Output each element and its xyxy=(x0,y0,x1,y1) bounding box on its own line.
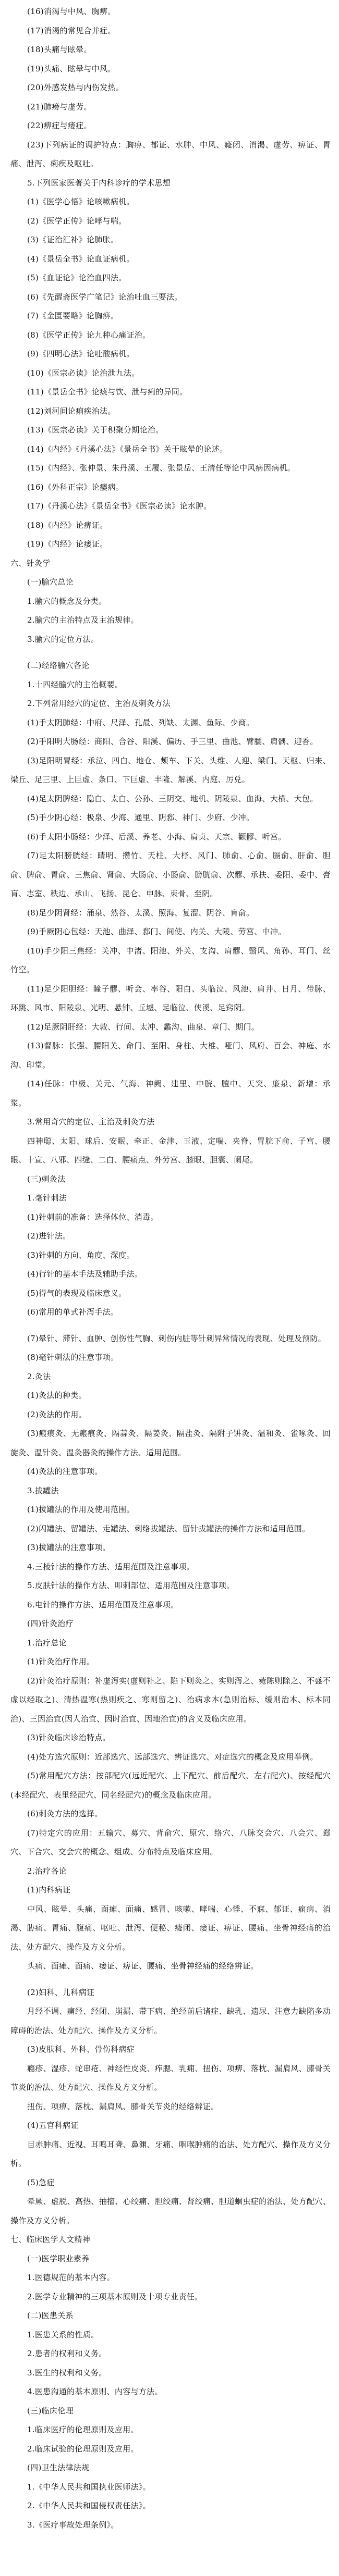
outline-item: (13)《医宗必读》关于积聚分期论治。 xyxy=(10,420,331,440)
outline-item: (14)任脉：中极、关元、气海、神阙、建里、中脘、膻中、天突、廉泉、新增：承浆。 xyxy=(10,1074,331,1112)
outline-item: 5.皮肤针法的操作方法、叩刺部位、适用范围及注意事项。 xyxy=(10,1576,331,1595)
subsection-heading: (二)医患关系 xyxy=(10,2306,331,2325)
outline-item: (4)足太阴脾经：隐白、太白、公孙、三阴交、地机、阴陵泉、血海、大横、大包。 xyxy=(10,789,331,809)
outline-item: (16)消渴与中风、胸痹。 xyxy=(10,2,331,21)
outline-item: (2)闪罐法、留罐法、走罐法、刺络拔罐法、留针拔罐法的操作方法和适用范围。 xyxy=(10,1519,331,1539)
outline-item: 3.常用奇穴的定位、主治及刺灸方法 xyxy=(10,1112,331,1132)
outline-item: (1)手太阴肺经：中府、尺泽、孔最、列缺、太渊、鱼际、少商。 xyxy=(10,713,331,733)
outline-item: (5)急症 xyxy=(10,2173,331,2193)
outline-item: 2.下列常用经穴的定位、主治及刺灸方法 xyxy=(10,694,331,713)
outline-item: (3)《证治汇补》论肺胀。 xyxy=(10,230,331,250)
outline-item: 月经不调、痛经、经闭、崩漏、带下病、绝经前后诸症、缺乳、遗尿、注意力缺陷多动障碍… xyxy=(10,2002,331,2040)
outline-item: (14)《内经》《丹溪心法》《景岳全书》关于眩晕的论述。 xyxy=(10,440,331,459)
outline-item: (5)手少阴心经：极泉、少海、通里、阴郄、神门、少府、少冲。 xyxy=(10,808,331,827)
outline-item: (17)《丹溪心法》《景岳全书》《医宗必读》论水肿。 xyxy=(10,497,331,516)
outline-item: 2.《中华人民共和国侵权责任法》。 xyxy=(10,2496,331,2516)
outline-item: (23)下列病证的调护特点：胸痹、郁证、水肿、中风、癃闭、消渴、虚劳、痹证、胃痛… xyxy=(10,135,331,174)
outline-item: 瘾疹、湿疹、蛇串疮、神经性皮炎、痄腮、乳痈、扭伤、项痹、落枕、漏肩风、膝骨关节炎… xyxy=(10,2059,331,2097)
outline-item: (1)内科病证 xyxy=(10,1880,331,1900)
outline-item: (20)外感发热与内伤发热。 xyxy=(10,78,331,97)
outline-item: (1)针刺前的准备：选择体位、消毒。 xyxy=(10,1208,331,1227)
outline-item: (21)肺痨与虚劳。 xyxy=(10,97,331,117)
outline-item: (11)《景岳全书》论痰与饮、泄与痢的异同。 xyxy=(10,382,331,402)
outline-item: 1.临床医疗的伦理原则及应用。 xyxy=(10,2420,331,2439)
outline-item: (3)拔罐法的注意事项。 xyxy=(10,1538,331,1557)
outline-item: (15)《内经》、张仲景、朱丹溪、王履、张景岳、王清任等论中风病因病机。 xyxy=(10,459,331,478)
outline-item: 1.十四经腧穴的主治概要。 xyxy=(10,675,331,695)
subsection-heading: (四)针灸治疗 xyxy=(10,1614,331,1633)
outline-item: (22)痹症与痿症。 xyxy=(10,116,331,135)
outline-item: (4)灸法的注意事项。 xyxy=(10,1462,331,1481)
outline-item: 3.拔罐法 xyxy=(10,1481,331,1501)
outline-item: 1.毫针刺法 xyxy=(10,1188,331,1208)
outline-item: (2)针灸治疗原则：补虚泻实(虚则补之、陷下则灸之、实则泻之、菀陈则除之、不盛不… xyxy=(10,1671,331,1729)
document-page: (16)消渴与中风、胸痹。(17)消渴的常见合并症。(18)头痛与眩晕。(19)… xyxy=(0,0,339,2576)
outline-item: 1.医患关系的性质。 xyxy=(10,2325,331,2345)
outline-item: (4)处方选穴原则：近部选穴、远部选穴、辨证选穴、对症选穴的概念及应用举例。 xyxy=(10,1748,331,1767)
outline-item: (1)针灸治疗作用。 xyxy=(10,1652,331,1671)
outline-item: (7)特定穴的应用：五输穴、募穴、背俞穴、原穴、络穴、八脉交会穴、八会穴、郄穴、… xyxy=(10,1824,331,1862)
subsection-heading: 5.下列医家医著关于内科诊疗的学术思想 xyxy=(10,174,331,193)
outline-item: (2)手阳明大肠经：商阳、合谷、阳溪、偏历、手三里、曲池、臂臑、肩髃、迎香。 xyxy=(10,732,331,751)
outline-item: (4)《景岳全书》论血证病机。 xyxy=(10,250,331,269)
outline-item: (2)《医学正传》论哮与喘。 xyxy=(10,212,331,231)
subsection-heading: (二)经络腧穴各论 xyxy=(10,656,331,675)
outline-item: 3.《医疗事故处理条例》。 xyxy=(10,2516,331,2535)
subsection-heading: (三)临床伦理 xyxy=(10,2401,331,2421)
outline-item: (18)《内经》论痹证。 xyxy=(10,516,331,535)
outline-item: 1.《中华人民共和国执业医师法》。 xyxy=(10,2478,331,2497)
outline-item: 2.灸法 xyxy=(10,1367,331,1386)
outline-item: (6)常用的单式补泻手法。 xyxy=(10,1303,331,1322)
outline-item: (5)常用配穴方法：按部配穴(远近配穴、上下配穴、前后配穴、左右配穴)、按经配穴… xyxy=(10,1766,331,1804)
outline-item: (7)足太阳膀胱经：睛明、攒竹、天柱、大杼、风门、肺俞、心俞、膈俞、肝俞、胆俞、… xyxy=(10,846,331,903)
outline-item: (9)《四明心法》论吐酸病机。 xyxy=(10,344,331,364)
outline-item: 4.医患沟通的基本原则、内容与方法。 xyxy=(10,2382,331,2401)
outline-item: 目赤肿痛、近视、耳鸣耳聋、鼻渊、牙痛、咽喉肿痛的治法、处方配穴、操作及方义分析。 xyxy=(10,2135,331,2173)
outline-item: (19)头痛、眩晕与中风。 xyxy=(10,59,331,79)
outline-item: 6.电针的操作方法、适用范围及注意事项。 xyxy=(10,1595,331,1615)
outline-item: (2)灸法的作用。 xyxy=(10,1405,331,1425)
outline-item: (5)得气的表现及临床意义。 xyxy=(10,1284,331,1303)
outline-item: (10)手少阳三焦经：关冲、中渚、阳池、外关、支沟、肩髎、翳风、角孙、耳门、丝竹… xyxy=(10,942,331,980)
outline-item: (1)灸法的种类。 xyxy=(10,1386,331,1405)
outline-item: (6)刺灸方法的选择。 xyxy=(10,1804,331,1824)
outline-item: 3.医生的权利和义务。 xyxy=(10,2363,331,2383)
outline-item: 3.腧穴的定位方法。 xyxy=(10,630,331,649)
outline-item: (3)针灸临床诊治特点。 xyxy=(10,1728,331,1748)
outline-item: 头痛、面瘫、面痛、痿证、痹证、腰痛、坐骨神经痛的经络辨证。 xyxy=(10,1956,331,1976)
outline-item: (1)《医学心悟》论咳嗽病机。 xyxy=(10,192,331,212)
outline-item: 2.腧穴的主治特点及主治规律。 xyxy=(10,611,331,630)
subsection-heading: (一)医学职业素养 xyxy=(10,2249,331,2269)
outline-item: (6)手太阳小肠经：少泽、后溪、养老、小海、肩贞、天宗、颧髎、听宫。 xyxy=(10,827,331,847)
outline-item: (7)《金匮要略》论胸痹。 xyxy=(10,306,331,326)
outline-item: 1.腧穴的概念及分类。 xyxy=(10,592,331,611)
outline-item: (3)瘢痕灸、无瘢痕灸、隔蒜灸、隔姜灸、隔盐灸、隔附子饼灸、温和灸、雀啄灸、回旋… xyxy=(10,1424,331,1462)
outline-item: (13)督脉：长强、腰阳关、命门、至阳、身柱、大椎、哑门、风府、百会、神庭、水沟… xyxy=(10,1036,331,1074)
outline-item: (8)足少阴肾经：涌泉、然谷、太溪、照海、复溜、阴谷、肓俞。 xyxy=(10,903,331,923)
outline-item: 扭伤、项痹、落枕、漏肩风、膝骨关节炎的经络辨证。 xyxy=(10,2097,331,2116)
outline-item: (11)足少阳胆经：瞳子髎、听会、率谷、阳白、头临泣、风池、肩井、日月、带脉、环… xyxy=(10,980,331,1018)
outline-item: (18)头痛与眩晕。 xyxy=(10,40,331,59)
outline-item: (9)手厥阴心包经：天池、曲泽、郄门、间使、内关、大陵、劳宫、中冲。 xyxy=(10,922,331,942)
outline-item: 2.治疗各论 xyxy=(10,1862,331,1881)
section-heading: 六、针灸学 xyxy=(10,554,331,573)
outline-item: 4.三棱针法的操作方法、适用范围及注意事项。 xyxy=(10,1557,331,1577)
outline-item: (8)《医学正传》论九种心痛证治。 xyxy=(10,326,331,345)
outline-item: 2.患者的权利和义务。 xyxy=(10,2344,331,2363)
outline-item: 1.治疗总论 xyxy=(10,1633,331,1653)
outline-item: (8)毫针刺法的注意事项。 xyxy=(10,1348,331,1367)
subsection-heading: (三)刺灸法 xyxy=(10,1170,331,1189)
outline-item: (3)足阳明胃经：承泣、四白、地仓、颊车、下关、头维、人迎、梁门、天枢、归来、梁… xyxy=(10,751,331,789)
outline-item: (3)针刺的方向、角度、深度。 xyxy=(10,1246,331,1265)
outline-item: (1)拔罐法的作用及使用范围。 xyxy=(10,1500,331,1519)
outline-item: 2.临床试验的伦理原则及应用。 xyxy=(10,2439,331,2459)
outline-item: (4)行针的基本手法及辅助手法。 xyxy=(10,1265,331,1284)
outline-item: (5)《血证论》论治血四法。 xyxy=(10,268,331,288)
section-heading: 七、临床医学人文精神 xyxy=(10,2230,331,2249)
outline-item: 中风、眩晕、头痛、面瘫、面痛、感冒、咳嗽、哮喘、心悸、不寐、郁证、痫病、消渴、胁… xyxy=(10,1900,331,1957)
outline-item: (16)《外科正宗》论瘿病。 xyxy=(10,478,331,497)
outline-item: 1.医德规范的基本内容。 xyxy=(10,2268,331,2287)
outline-item: (6)《先醒斋医学广笔记》论治吐血三要法。 xyxy=(10,288,331,307)
outline-item: (12)刘河间论痢疾治法。 xyxy=(10,402,331,421)
outline-item: (2)进针法。 xyxy=(10,1227,331,1246)
outline-item: (2)妇科、儿科病证 xyxy=(10,1983,331,2002)
outline-item: 2.医学专业精神的三项基本原则及十项专业责任。 xyxy=(10,2287,331,2307)
outline-item: 晕厥、虚脱、高热、抽搐、心绞痛、胆绞痛、肾绞痛、胆道蛔虫症的治法、处方配穴、操作… xyxy=(10,2192,331,2230)
outline-item: (3)皮肤科、外科、骨伤科病症 xyxy=(10,2040,331,2059)
outline-item: (19)《内经》论痿证。 xyxy=(10,535,331,554)
outline-item: (4)五官科病证 xyxy=(10,2116,331,2135)
subsection-heading: (四)卫生法律法规 xyxy=(10,2458,331,2478)
outline-item: (10)《医宗必读》论治泄九法。 xyxy=(10,364,331,383)
outline-item: 四神聪、太阳、球后、安眠、牵正、金津、玉液、定喘、夹脊、胃脘下俞、子宫、腰眼、十… xyxy=(10,1132,331,1170)
outline-item: (17)消渴的常见合并症。 xyxy=(10,21,331,41)
outline-item: (7)晕针、滞针、血肿、创伤性气胸、刺伤内脏等针刺异常情况的表现、处理及预防。 xyxy=(10,1329,331,1348)
outline-item: (12)足厥阴肝经：大敦、行间、太冲、蠡沟、曲泉、章门、期门。 xyxy=(10,1018,331,1037)
subsection-heading: (一)腧穴总论 xyxy=(10,573,331,592)
